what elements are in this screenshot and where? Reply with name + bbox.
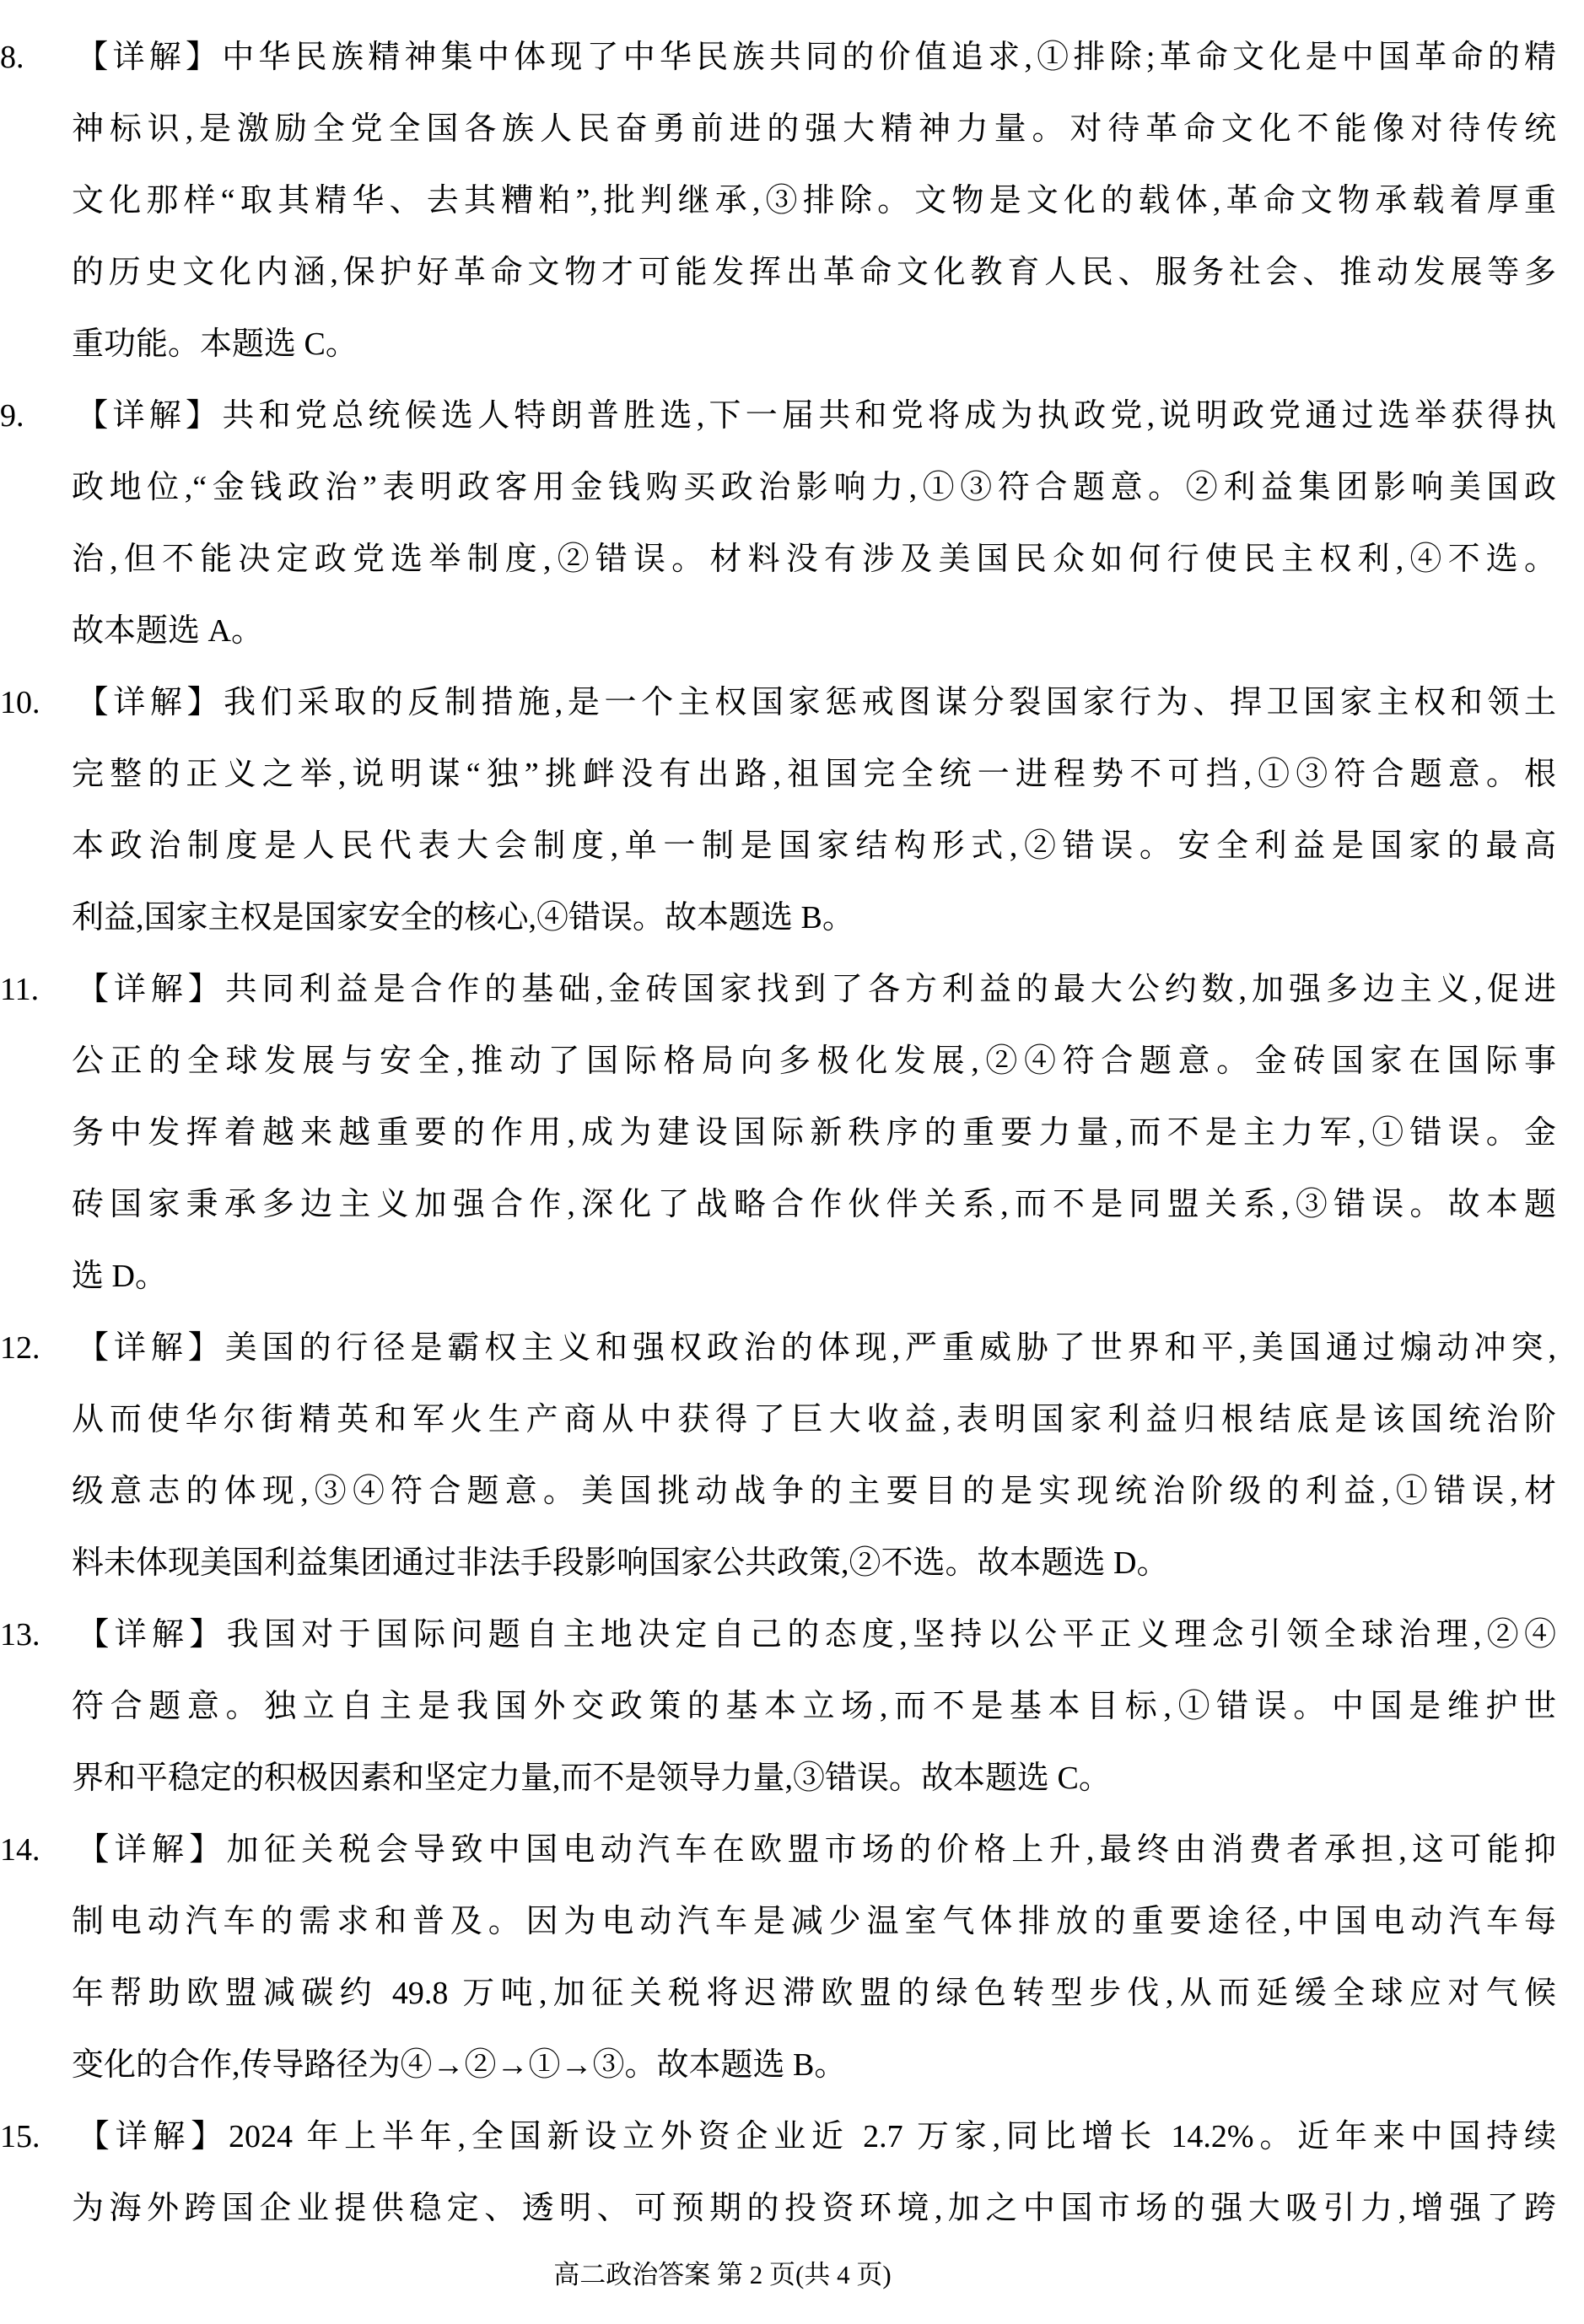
answer-line: 为海外跨国企业提供稳定、透明、可预期的投资环境,加之中国市场的强大吸引力,增强了… xyxy=(0,2173,1556,2245)
answer-line: 本政治制度是人民代表大会制度,单一制是国家结构形式,②错误。安全利益是国家的最高 xyxy=(0,811,1556,882)
answer-item-12: 12.【详解】美国的行径是霸权主义和强权政治的体现,严重威胁了世界和平,美国通过… xyxy=(0,1313,1556,1599)
answer-item-10: 10.【详解】我们采取的反制措施,是一个主权国家惩戒图谋分裂国家行为、捍卫国家主… xyxy=(0,667,1556,954)
answer-item-13: 13.【详解】我国对于国际问题自主地决定自己的态度,坚持以公平正义理念引领全球治… xyxy=(0,1599,1556,1814)
answer-line: 8.【详解】中华民族精神集中体现了中华民族共同的价值追求,①排除;革命文化是中国… xyxy=(0,22,1556,94)
item-number: 12. xyxy=(0,1313,72,1384)
item-number: 15. xyxy=(0,2101,72,2173)
answer-item-8: 8.【详解】中华民族精神集中体现了中华民族共同的价值追求,①排除;革命文化是中国… xyxy=(0,22,1556,380)
answer-line: 11.【详解】共同利益是合作的基础,金砖国家找到了各方利益的最大公约数,加强多边… xyxy=(0,954,1556,1026)
answer-line: 政地位,“金钱政治”表明政客用金钱购买政治影响力,①③符合题意。②利益集团影响美… xyxy=(0,452,1556,524)
answer-line: 15.【详解】2024 年上半年,全国新设立外资企业近 2.7 万家,同比增长 … xyxy=(0,2101,1556,2173)
answers-list: 8.【详解】中华民族精神集中体现了中华民族共同的价值追求,①排除;革命文化是中国… xyxy=(0,22,1556,2245)
answer-item-11: 11.【详解】共同利益是合作的基础,金砖国家找到了各方利益的最大公约数,加强多边… xyxy=(0,954,1556,1313)
answer-line: 砖国家秉承多边主义加强合作,深化了战略合作伙伴关系,而不是同盟关系,③错误。故本… xyxy=(0,1169,1556,1241)
detail-tag: 【详解】 xyxy=(72,40,222,75)
document-page: 8.【详解】中华民族精神集中体现了中华民族共同的价值追求,①排除;革命文化是中国… xyxy=(0,0,1584,2324)
page-footer: 高二政治答案 第 2 页(共 4 页) xyxy=(553,2258,891,2292)
detail-tag: 【详解】 xyxy=(72,685,224,720)
detail-tag: 【详解】 xyxy=(72,1617,227,1653)
answer-line: 重功能。本题选 C。 xyxy=(0,309,1556,380)
detail-tag: 【详解】 xyxy=(72,398,222,434)
detail-tag: 【详解】 xyxy=(72,972,225,1007)
answer-line: 治,但不能决定政党选举制度,②错误。材料没有涉及美国民众如何行使民主权利,④不选… xyxy=(0,524,1556,596)
answer-line: 12.【详解】美国的行径是霸权主义和强权政治的体现,严重威胁了世界和平,美国通过… xyxy=(0,1313,1556,1384)
answer-line: 年帮助欧盟减碳约 49.8 万吨,加征关税将迟滞欧盟的绿色转型步伐,从而延缓全球… xyxy=(0,1958,1556,2030)
answer-line: 故本题选 A。 xyxy=(0,596,1556,667)
answer-line: 的历史文化内涵,保护好革命文物才可能发挥出革命文化教育人民、服务社会、推动发展等… xyxy=(0,237,1556,309)
item-number: 14. xyxy=(0,1814,72,1886)
answer-line: 14.【详解】加征关税会导致中国电动汽车在欧盟市场的价格上升,最终由消费者承担,… xyxy=(0,1814,1556,1886)
answer-line: 利益,国家主权是国家安全的核心,④错误。故本题选 B。 xyxy=(0,882,1556,954)
footer-text: 高二政治答案 第 2 页(共 4 页) xyxy=(553,2260,891,2289)
answer-line: 界和平稳定的积极因素和坚定力量,而不是领导力量,③错误。故本题选 C。 xyxy=(0,1743,1556,1814)
answer-line: 13.【详解】我国对于国际问题自主地决定自己的态度,坚持以公平正义理念引领全球治… xyxy=(0,1599,1556,1671)
answer-item-14: 14.【详解】加征关税会导致中国电动汽车在欧盟市场的价格上升,最终由消费者承担,… xyxy=(0,1814,1556,2101)
answer-line: 9.【详解】共和党总统候选人特朗普胜选,下一届共和党将成为执政党,说明政党通过选… xyxy=(0,380,1556,452)
item-number: 11. xyxy=(0,954,72,1026)
detail-tag: 【详解】 xyxy=(72,1832,227,1868)
answer-line: 选 D。 xyxy=(0,1241,1556,1313)
answer-line: 从而使华尔街精英和军火生产商从中获得了巨大收益,表明国家利益归根结底是该国统治阶 xyxy=(0,1384,1556,1456)
answer-line: 变化的合作,传导路径为④→②→①→③。故本题选 B。 xyxy=(0,2030,1556,2101)
answer-line: 符合题意。独立自主是我国外交政策的基本立场,而不是基本目标,①错误。中国是维护世 xyxy=(0,1671,1556,1743)
answer-item-9: 9.【详解】共和党总统候选人特朗普胜选,下一届共和党将成为执政党,说明政党通过选… xyxy=(0,380,1556,667)
answer-line: 10.【详解】我们采取的反制措施,是一个主权国家惩戒图谋分裂国家行为、捍卫国家主… xyxy=(0,667,1556,739)
answer-line: 制电动汽车的需求和普及。因为电动汽车是减少温室气体排放的重要途径,中国电动汽车每 xyxy=(0,1886,1556,1958)
item-number: 10. xyxy=(0,667,72,739)
answer-line: 公正的全球发展与安全,推动了国际格局向多极化发展,②④符合题意。金砖国家在国际事 xyxy=(0,1026,1556,1097)
item-number: 8. xyxy=(0,22,72,94)
item-number: 9. xyxy=(0,380,72,452)
answer-line: 神标识,是激励全党全国各族人民奋勇前进的强大精神力量。对待革命文化不能像对待传统 xyxy=(0,94,1556,165)
answer-line: 务中发挥着越来越重要的作用,成为建设国际新秩序的重要力量,而不是主力军,①错误。… xyxy=(0,1097,1556,1169)
answer-line: 文化那样“取其精华、去其糟粕”,批判继承,③排除。文物是文化的载体,革命文物承载… xyxy=(0,165,1556,237)
detail-tag: 【详解】 xyxy=(72,1330,225,1366)
item-number: 13. xyxy=(0,1599,72,1671)
detail-tag: 【详解】 xyxy=(72,2119,229,2154)
answer-item-15: 15.【详解】2024 年上半年,全国新设立外资企业近 2.7 万家,同比增长 … xyxy=(0,2101,1556,2245)
answer-line: 料未体现美国利益集团通过非法手段影响国家公共政策,②不选。故本题选 D。 xyxy=(0,1528,1556,1599)
answer-line: 级意志的体现,③④符合题意。美国挑动战争的主要目的是实现统治阶级的利益,①错误,… xyxy=(0,1456,1556,1528)
answer-line: 完整的正义之举,说明谋“独”挑衅没有出路,祖国完全统一进程势不可挡,①③符合题意… xyxy=(0,739,1556,811)
